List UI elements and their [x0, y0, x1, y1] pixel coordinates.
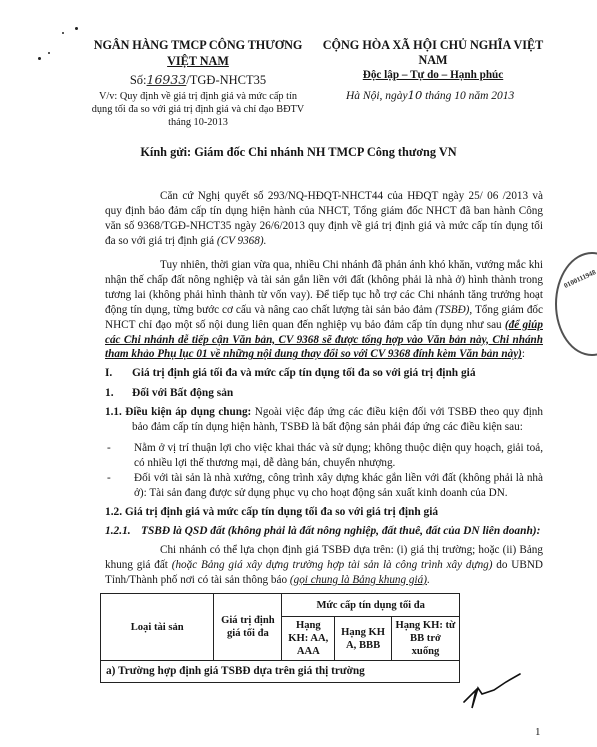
condition-text: Đối với tài sản là nhà xưởng, công trình… — [134, 471, 543, 501]
paragraph-valuation-end: . — [427, 574, 430, 586]
section-1-heading: 1.Đối với Bất động sản — [105, 386, 543, 401]
scan-speck — [38, 57, 41, 60]
document-number-prefix: Số: — [130, 73, 147, 87]
paragraph-context-abbrev: (TSBĐ) — [435, 304, 469, 316]
bullet-mark: - — [105, 471, 134, 501]
condition-bullet-1: - Nằm ở vị trí thuận lợi cho việc khai t… — [105, 441, 543, 471]
paragraph-valuation: Chi nhánh có thể lựa chọn định giá TSBĐ … — [105, 543, 543, 588]
national-motto: Độc lập – Tự do – Hạnh phúc — [318, 69, 548, 81]
document-number-suffix: /TGĐ-NHCT35 — [186, 73, 266, 87]
recipient-line: Kính gửi: Giám đốc Chi nhánh NH TMCP Côn… — [0, 145, 597, 160]
date-suffix: tháng 10 năm 2013 — [422, 90, 514, 102]
nation-name: CỘNG HÒA XÃ HỘI CHỦ NGHĨA VIỆT NAM — [318, 38, 548, 68]
national-header: CỘNG HÒA XÃ HỘI CHỦ NGHĨA VIỆT NAM Độc l… — [318, 38, 548, 81]
section-1-2-1-heading: 1.2.1.TSBĐ là QSD đất (không phải là đất… — [105, 524, 543, 539]
section-1-2-1-title: TSBĐ là QSD đất (không phải là đất nông … — [141, 525, 540, 537]
paragraph-basis-ref: (CV 9368). — [217, 235, 267, 247]
page-number: 1 — [535, 726, 541, 738]
section-I-title: Giá trị định giá tối đa và mức cấp tín d… — [132, 367, 476, 379]
header-asset-type: Loại tài sản — [101, 594, 214, 661]
condition-bullet-2: - Đối với tài sản là nhà xưởng, công trì… — [105, 471, 543, 501]
section-1-1: 1.1. Điều kiện áp dụng chung: Ngoài việc… — [105, 405, 543, 500]
date-prefix: Hà Nội, ngày — [346, 90, 408, 102]
header-rank-aa-aaa: Hạng KH: AA, AAA — [282, 617, 335, 661]
paragraph-context: Tuy nhiên, thời gian vừa qua, nhiều Chi … — [105, 258, 543, 362]
scan-speck — [48, 52, 50, 54]
credit-limit-table: Loại tài sản Giá trị định giá tối đa Mức… — [100, 593, 460, 683]
paragraph-basis-text: Căn cứ Nghị quyết số 293/NQ-HĐQT-NHCT44 … — [105, 190, 543, 247]
signature-icon — [460, 672, 530, 712]
issuer-header: NGÂN HÀNG TMCP CÔNG THƯƠNG VIỆT NAM Số:1… — [88, 38, 308, 129]
bank-name-line1: NGÂN HÀNG TMCP CÔNG THƯƠNG — [88, 38, 308, 53]
header-rank-bb-below: Hạng KH: từ BB trở xuống — [391, 617, 459, 661]
document-subject: V/v: Quy định về giá trị định giá và mức… — [88, 90, 308, 129]
section-1-1-label: 1.1. Điều kiện áp dụng chung: — [105, 406, 251, 418]
paragraph-context-end: : — [522, 348, 525, 360]
scan-speck — [75, 27, 78, 30]
scan-speck — [62, 32, 64, 34]
condition-text: Nằm ở vị trí thuận lợi cho việc khai thá… — [134, 441, 543, 471]
document-date: Hà Nội, ngày10 tháng 10 năm 2013 — [346, 88, 514, 102]
header-max-value: Giá trị định giá tối đa — [214, 594, 282, 661]
paragraph-valuation-note: (hoặc Bảng giá xây dựng trường hợp tài s… — [172, 559, 493, 571]
document-number-handwritten: 16933 — [147, 72, 187, 87]
header-max-credit: Mức cấp tín dụng tối đa — [282, 594, 460, 617]
document-number: Số:16933/TGĐ-NHCT35 — [88, 72, 308, 88]
section-1-title: Đối với Bất động sản — [132, 387, 233, 399]
section-I-number: I. — [105, 366, 132, 381]
official-stamp-icon — [555, 252, 597, 356]
paragraph-basis: Căn cứ Nghị quyết số 293/NQ-HĐQT-NHCT44 … — [105, 189, 543, 249]
paragraph-valuation-emphasis: (gọi chung là Bảng khung giá) — [290, 574, 427, 586]
section-1-number: 1. — [105, 386, 132, 401]
section-1-2-1-number: 1.2.1. — [105, 524, 141, 539]
date-day-handwritten: 10 — [408, 88, 423, 102]
section-I-heading: I.Giá trị định giá tối đa và mức cấp tín… — [105, 366, 543, 381]
table-row-market-value: a) Trường hợp định giá TSBĐ dựa trên giá… — [101, 661, 460, 683]
bullet-mark: - — [105, 441, 134, 471]
bank-name-line2: VIỆT NAM — [88, 54, 308, 69]
section-1-2-heading: 1.2. Giá trị định giá và mức cấp tín dụn… — [105, 505, 543, 520]
header-rank-a-bbb: Hạng KH A, BBB — [335, 617, 392, 661]
